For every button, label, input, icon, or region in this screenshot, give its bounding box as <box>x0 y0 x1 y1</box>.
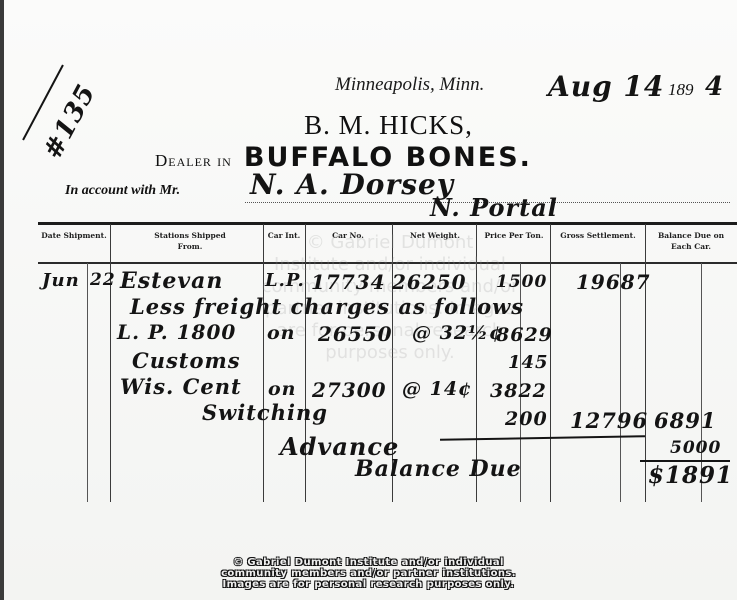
cell-gross: 19687 <box>576 270 651 294</box>
cell-station: Balance Due <box>355 456 522 482</box>
cell-car-no: 17734 <box>311 270 386 294</box>
cell-car-int: on <box>268 378 297 400</box>
cell-balance: 5000 <box>670 438 721 458</box>
cell-station: Estevan <box>120 268 223 294</box>
date-handwritten: Aug 14 <box>548 70 664 103</box>
cell-station: Wis. Cent <box>120 374 242 399</box>
cell-price: 8629 <box>496 324 553 346</box>
cell-price: 1500 <box>496 272 547 292</box>
receipt-page: #135 Minneapolis, Minn. Aug 14 189 4 B. … <box>0 0 737 600</box>
column-divider <box>110 224 111 502</box>
gross-cents-divider <box>620 263 621 502</box>
header-balance-due: Balance Due on Each Car. <box>648 230 734 252</box>
cell-date-month: Jun <box>42 270 80 291</box>
cell-date-day: 22 <box>90 270 116 290</box>
header-net-weight: Net Weight. <box>405 230 465 241</box>
account-label: In account with Mr. <box>65 183 180 199</box>
customer-name: N. A. Dorsey <box>250 168 454 201</box>
cell-balance-due: $1891 <box>648 462 733 489</box>
copyright-notice: © Gabriel Dumont Institute and/or indivi… <box>0 557 737 590</box>
cell-station: L. P. 1800 <box>117 320 236 344</box>
table-top-rule <box>38 222 737 225</box>
cell-price: 145 <box>508 352 549 373</box>
year-handwritten: 4 <box>705 72 724 102</box>
dealer-in-label: Dealer in <box>155 151 232 170</box>
cell-car-no: 27300 <box>312 378 387 402</box>
header-date-shipment: Date Shipment. <box>38 230 110 241</box>
column-divider <box>550 224 551 502</box>
cell-car-int: on <box>267 322 296 344</box>
date-day-divider <box>87 263 88 502</box>
cell-price: 3822 <box>490 380 547 402</box>
cell-car-no: 26550 <box>318 322 393 346</box>
cell-car-int: L.P. <box>265 270 305 291</box>
city-line: Minneapolis, Minn. <box>335 74 484 96</box>
header-price-per-ton: Price Per Ton. <box>484 230 544 241</box>
cell-net-weight: @ 14¢ <box>402 378 472 400</box>
year-printed: 189 <box>668 80 694 100</box>
column-divider <box>263 224 264 502</box>
cell-station: Customs <box>132 348 241 373</box>
cell-net-weight: @ 32½¢ <box>412 322 503 344</box>
cell-station: Switching <box>202 400 328 425</box>
header-car-no: Car No. <box>330 230 366 241</box>
page-edge <box>0 0 4 600</box>
customer-location: N. Portal <box>430 193 558 222</box>
cell-station: Less freight charges as follows <box>130 294 524 319</box>
firm-name: B. M. HICKS, <box>0 110 737 141</box>
header-car-int: Car Int. <box>266 230 302 241</box>
total-underline <box>440 435 645 441</box>
header-gross-settlement: Gross Settlement. <box>556 230 640 241</box>
cell-balance: 6891 <box>654 408 716 433</box>
cell-price: 200 <box>505 408 548 430</box>
header-stations: Stations Shipped From. <box>150 230 230 252</box>
table-header-rule <box>38 262 737 264</box>
cell-gross: 12796 <box>570 408 648 433</box>
cell-net-weight: 26250 <box>392 270 467 294</box>
